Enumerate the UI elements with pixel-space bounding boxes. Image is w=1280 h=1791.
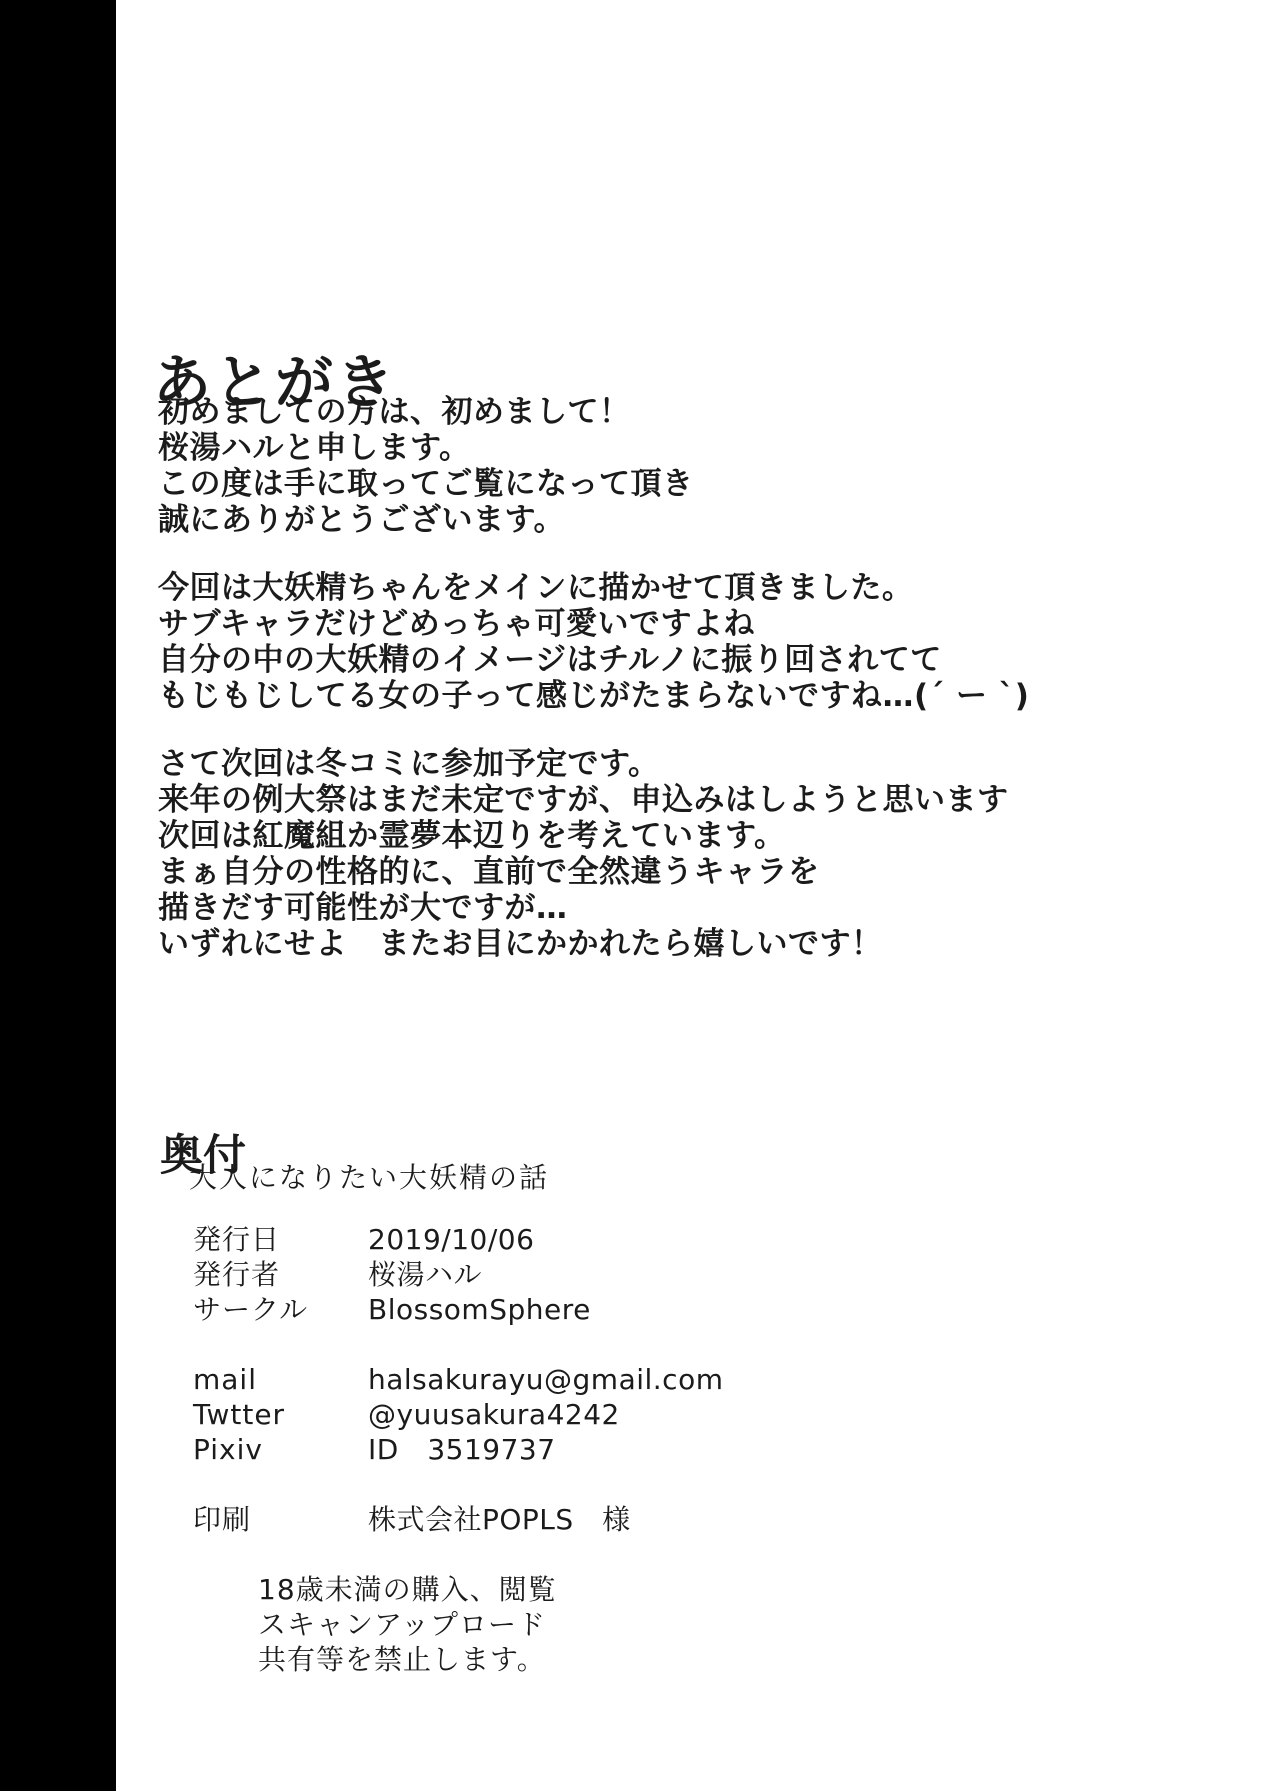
printer-label: 印刷 — [193, 1502, 368, 1537]
colophon-row-pixiv: Pixiv ID 3519737 — [193, 1432, 723, 1467]
circle-label: サークル — [193, 1292, 368, 1327]
publisher-label: 発行者 — [193, 1257, 368, 1292]
pixiv-value: ID 3519737 — [368, 1432, 556, 1467]
afterword-line: 初めましての方は、初めまして！ — [158, 394, 694, 430]
book-title: 大人になりたい大妖精の話 — [189, 1156, 549, 1196]
colophon-row-publisher: 発行者 桜湯ハル — [193, 1257, 723, 1292]
afterword-paragraph-next-plans: さて次回は冬コミに参加予定です。 来年の例大祭はまだ未定ですが、申込みはしようと… — [158, 746, 1009, 962]
printer-value: 株式会社POPLS 様 — [368, 1502, 631, 1537]
twitter-label: Twtter — [193, 1397, 368, 1432]
afterword-paragraph-main-character: 今回は大妖精ちゃんをメインに描かせて頂きました。 サブキャラだけどめっちゃ可愛い… — [158, 570, 1029, 714]
notice-line: 共有等を禁止します。 — [258, 1642, 557, 1677]
afterword-line: まぁ自分の性格的に、直前で全然違うキャラを — [158, 854, 1009, 890]
publish-date-label: 発行日 — [193, 1222, 368, 1257]
afterword-line: 桜湯ハルと申します。 — [158, 430, 694, 466]
afterword-page: あとがき 初めましての方は、初めまして！ 桜湯ハルと申します。 この度は手に取っ… — [0, 0, 1280, 1791]
afterword-line: もじもじしてる女の子って感じがたまらないですね…(´ ー `) — [158, 678, 1029, 714]
pixiv-label: Pixiv — [193, 1432, 368, 1467]
notice-line: 18歳未満の購入、閲覧 — [258, 1572, 557, 1607]
colophon-row-twitter: Twtter @yuusakura4242 — [193, 1397, 723, 1432]
afterword-line: いずれにせよ またお目にかかれたら嬉しいです！ — [158, 926, 1009, 962]
afterword-line: サブキャラだけどめっちゃ可愛いですよね — [158, 606, 1029, 642]
afterword-line: 描きだす可能性が大ですが… — [158, 890, 1009, 926]
mail-value: halsakurayu@gmail.com — [368, 1362, 723, 1397]
circle-value: BlossomSphere — [368, 1292, 591, 1327]
publisher-value: 桜湯ハル — [368, 1257, 482, 1292]
colophon-row-publish-date: 発行日 2019/10/06 — [193, 1222, 723, 1257]
afterword-line: 来年の例大祭はまだ未定ですが、申込みはしようと思います — [158, 782, 1009, 818]
spacer — [193, 1327, 723, 1362]
binding-edge-strip — [0, 0, 116, 1791]
age-restriction-notice: 18歳未満の購入、閲覧 スキャンアップロード 共有等を禁止します。 — [258, 1572, 557, 1677]
spacer — [193, 1467, 723, 1502]
colophon-row-mail: mail halsakurayu@gmail.com — [193, 1362, 723, 1397]
publish-date-value: 2019/10/06 — [368, 1222, 534, 1257]
afterword-line: 今回は大妖精ちゃんをメインに描かせて頂きました。 — [158, 570, 1029, 606]
afterword-paragraph-greeting: 初めましての方は、初めまして！ 桜湯ハルと申します。 この度は手に取ってご覧にな… — [158, 394, 694, 538]
afterword-line: 次回は紅魔組か霊夢本辺りを考えています。 — [158, 818, 1009, 854]
mail-label: mail — [193, 1362, 368, 1397]
twitter-value: @yuusakura4242 — [368, 1397, 620, 1432]
afterword-line: 自分の中の大妖精のイメージはチルノに振り回されてて — [158, 642, 1029, 678]
colophon-row-printer: 印刷 株式会社POPLS 様 — [193, 1502, 723, 1537]
afterword-line: 誠にありがとうございます。 — [158, 502, 694, 538]
afterword-line: この度は手に取ってご覧になって頂き — [158, 466, 694, 502]
afterword-line: さて次回は冬コミに参加予定です。 — [158, 746, 1009, 782]
colophon-row-circle: サークル BlossomSphere — [193, 1292, 723, 1327]
colophon-info: 発行日 2019/10/06 発行者 桜湯ハル サークル BlossomSphe… — [193, 1222, 723, 1537]
notice-line: スキャンアップロード — [258, 1607, 557, 1642]
